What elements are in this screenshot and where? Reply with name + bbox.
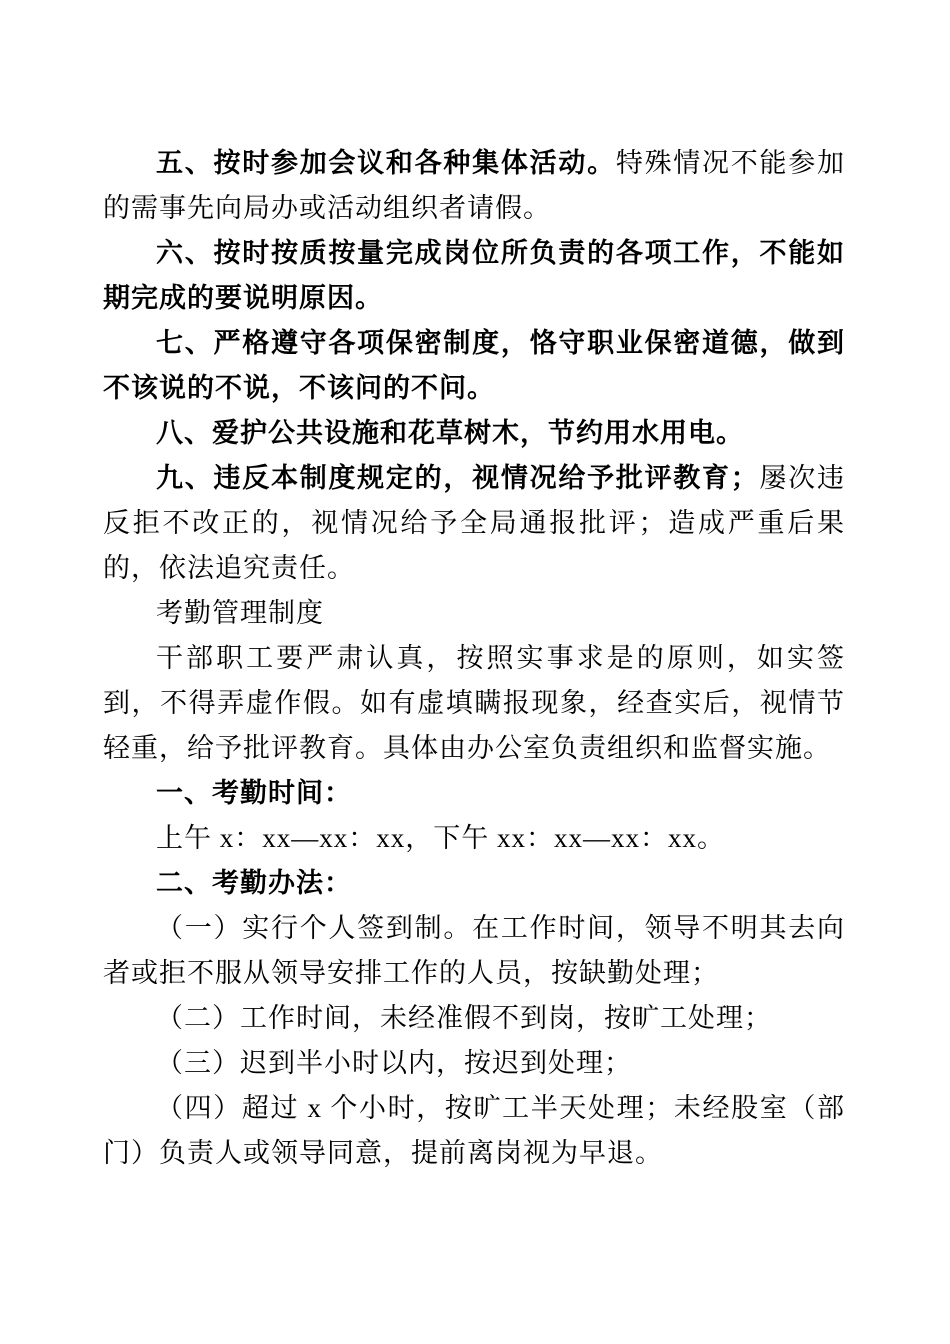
method-4-text: （四）超过 x 个小时，按旷工半天处理；未经股室（部门）负责人或领导同意，提前离… [103,1093,845,1168]
attendance-time-heading-text: 一、考勤时间： [156,778,352,808]
attendance-section-title-text: 考勤管理制度 [156,598,324,628]
paragraph-rule-7: 七、严格遵守各项保密制度，恪守职业保密道德，做到不该说的不说，不该问的不问。 [103,321,845,411]
method-2-text: （二）工作时间，未经准假不到岗，按旷工处理； [156,1003,772,1033]
method-1-text: （一）实行个人签到制。在工作时间，领导不明其去向者或拒不服从领导安排工作的人员，… [103,913,845,988]
paragraph-method-1: （一）实行个人签到制。在工作时间，领导不明其去向者或拒不服从领导安排工作的人员，… [103,906,845,996]
attendance-time-value: 上午 x：xx—xx：xx，下午 xx：xx—xx：xx。 [103,816,845,861]
paragraph-rule-5: 五、按时参加会议和各种集体活动。特殊情况不能参加的需事先向局办或活动组织者请假。 [103,141,845,231]
attendance-time-heading: 一、考勤时间： [103,771,845,816]
method-3-text: （三）迟到半小时以内，按迟到处理； [156,1048,632,1078]
rule-9-heading-text: 九、违反本制度规定的，视情况给予批评教育； [156,463,759,493]
document-page: 五、按时参加会议和各种集体活动。特殊情况不能参加的需事先向局办或活动组织者请假。… [0,0,950,1344]
paragraph-method-3: （三）迟到半小时以内，按迟到处理； [103,1041,845,1086]
rule-6-text: 六、按时按质按量完成岗位所负责的各项工作，不能如期完成的要说明原因。 [103,238,845,313]
rule-7-text: 七、严格遵守各项保密制度，恪守职业保密道德，做到不该说的不说，不该问的不问。 [103,328,845,403]
paragraph-rule-9: 九、违反本制度规定的，视情况给予批评教育；屡次违反拒不改正的，视情况给予全局通报… [103,456,845,591]
paragraph-rule-6: 六、按时按质按量完成岗位所负责的各项工作，不能如期完成的要说明原因。 [103,231,845,321]
paragraph-rule-8: 八、爱护公共设施和花草树木，节约用水用电。 [103,411,845,456]
attendance-method-heading: 二、考勤办法： [103,861,845,906]
paragraph-attendance-intro: 干部职工要严肃认真，按照实事求是的原则，如实签到，不得弄虚作假。如有虚填瞒报现象… [103,636,845,771]
attendance-intro-text: 干部职工要严肃认真，按照实事求是的原则，如实签到，不得弄虚作假。如有虚填瞒报现象… [103,643,845,763]
attendance-section-title: 考勤管理制度 [103,591,845,636]
rule-5-heading-text: 五、按时参加会议和各种集体活动。 [156,148,616,178]
paragraph-method-4: （四）超过 x 个小时，按旷工半天处理；未经股室（部门）负责人或领导同意，提前离… [103,1086,845,1176]
rule-8-text: 八、爱护公共设施和花草树木，节约用水用电。 [156,418,744,448]
attendance-time-value-text: 上午 x：xx—xx：xx，下午 xx：xx—xx：xx。 [156,823,725,853]
paragraph-method-2: （二）工作时间，未经准假不到岗，按旷工处理； [103,996,845,1041]
attendance-method-heading-text: 二、考勤办法： [156,868,352,898]
